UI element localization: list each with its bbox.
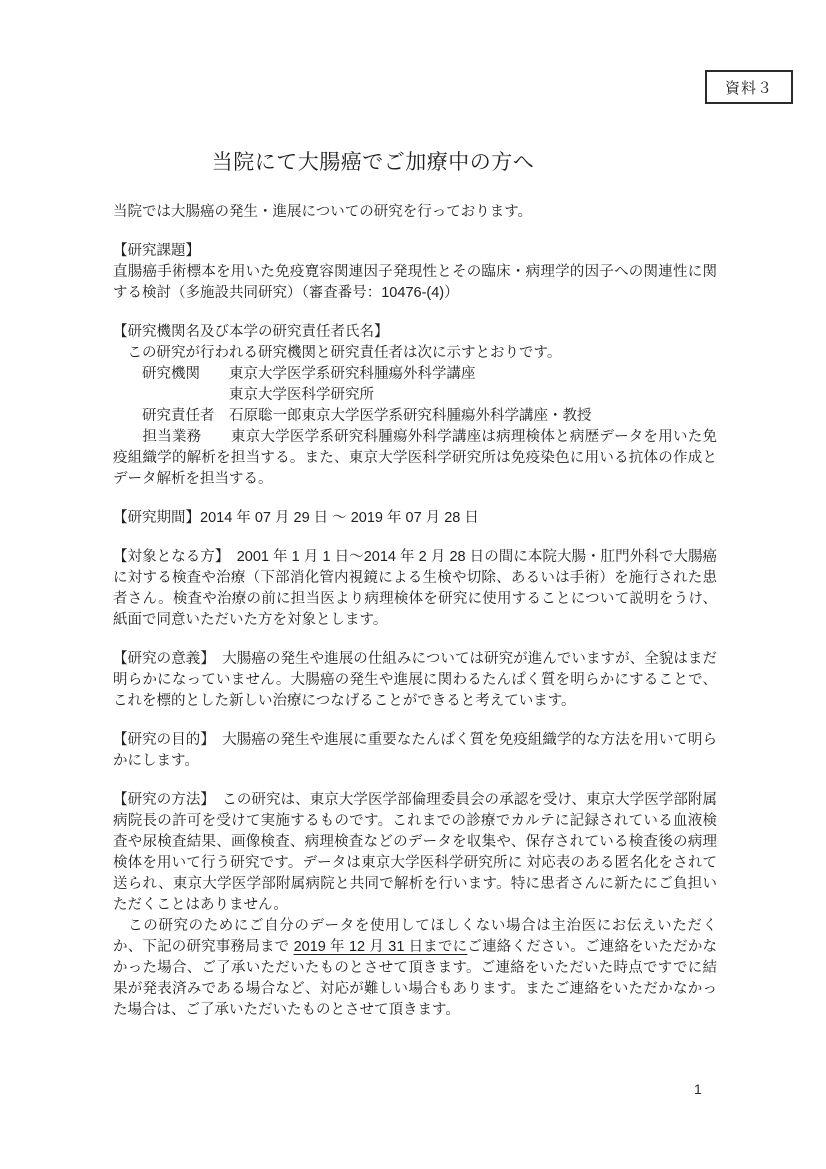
institutions-heading: 【研究機関名及び本学の研究責任者氏名】 bbox=[113, 322, 717, 343]
institutions-line: 担当業務 東京大学医学系研究科腫瘍外科学講座は病理検体と病歴データを用いた免疫組… bbox=[113, 427, 717, 490]
research-topic-heading: 【研究課題】 bbox=[113, 241, 717, 262]
institutions-line: 東京大学医科学研究所 bbox=[113, 385, 717, 406]
document-page: 資料３ 当院にて大腸癌でご加療中の方へ 当院では大腸癌の発生・進展についての研究… bbox=[0, 0, 826, 1169]
institutions-line: 研究責任者 石原聡一郎東京大学医学系研究科腫瘍外科学講座・教授 bbox=[113, 406, 717, 427]
doc-ref-label-text: 資料３ bbox=[725, 77, 773, 98]
page-number: 1 bbox=[694, 1081, 702, 1097]
section-purpose: 【研究の目的】 大腸癌の発生や進展に重要なたんぱく質を免疫組織学的な方法を用いて… bbox=[113, 730, 717, 772]
section-research-topic: 【研究課題】 直腸癌手術標本を用いた免疫寛容関連因子発現性とその臨床・病理学的因… bbox=[113, 241, 717, 304]
deadline-date: 2019 年 12 月 31 日までに bbox=[294, 939, 468, 955]
methods-paragraph-1: 【研究の方法】 この研究は、東京大学医学部倫理委員会の承認を受け、東京大学医学部… bbox=[113, 790, 717, 916]
section-institutions: 【研究機関名及び本学の研究責任者氏名】 この研究が行われる研究機関と研究責任者は… bbox=[113, 322, 717, 490]
document-title: 当院にて大腸癌でご加療中の方へ bbox=[0, 0, 746, 176]
section-period: 【研究期間】2014 年 07 月 29 日 ～ 2019 年 07 月 28 … bbox=[113, 508, 717, 529]
section-methods: 【研究の方法】 この研究は、東京大学医学部倫理委員会の承認を受け、東京大学医学部… bbox=[113, 790, 717, 1021]
research-topic-body: 直腸癌手術標本を用いた免疫寛容関連因子発現性とその臨床・病理学的因子への関連性に… bbox=[113, 262, 717, 304]
section-subjects: 【対象となる方】 2001 年 1 月 1 日～2014 年 2 月 28 日の… bbox=[113, 547, 717, 631]
methods-paragraph-2: この研究のためにご自分のデータを使用してほしくない場合は主治医にお伝えいただくか… bbox=[113, 916, 717, 1021]
section-significance: 【研究の意義】 大腸癌の発生や進展の仕組みについては研究が進んでいますが、全貌は… bbox=[113, 649, 717, 712]
intro-paragraph: 当院では大腸癌の発生・進展についての研究を行っております。 bbox=[113, 202, 717, 223]
institutions-line: 研究機関 東京大学医学系研究科腫瘍外科学講座 bbox=[113, 364, 717, 385]
document-body: 当院では大腸癌の発生・進展についての研究を行っております。 【研究課題】 直腸癌… bbox=[113, 202, 717, 1021]
institutions-line: この研究が行われる研究機関と研究責任者は次に示すとおりです。 bbox=[113, 343, 717, 364]
doc-ref-label: 資料３ bbox=[705, 70, 793, 104]
